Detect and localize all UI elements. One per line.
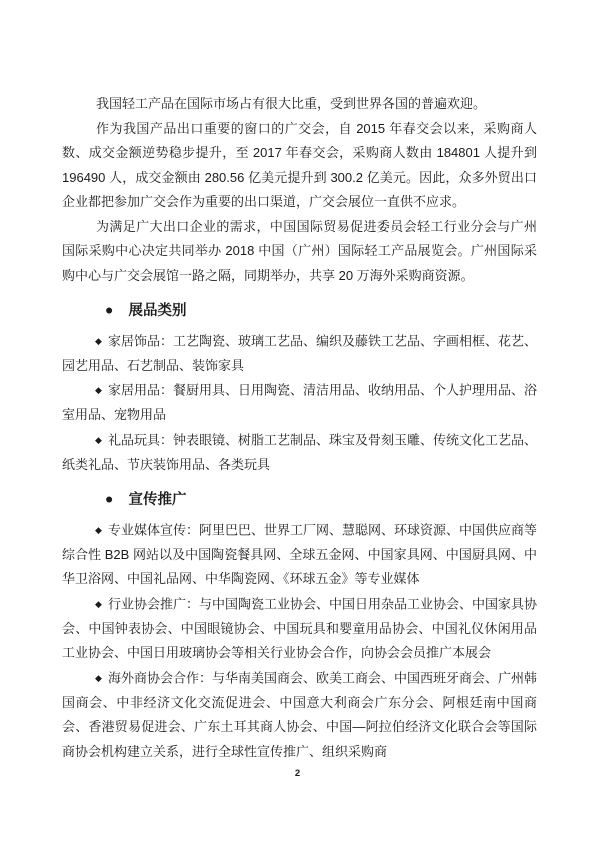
- list-item: ◆家居饰品：工艺陶瓷、玻璃工艺品、编织及藤铁工艺品、字画相框、花艺、园艺用品、石…: [62, 329, 537, 379]
- list-item-text: 专业媒体宣传：阿里巴巴、世界工厂网、慧聪网、环球资源、中国供应商等综合性 B2B…: [62, 522, 537, 586]
- list-item: ◆礼品玩具：钟表眼镜、树脂工艺制品、珠宝及骨刻玉雕、传统文化工艺品、纸类礼品、节…: [62, 428, 537, 478]
- diamond-bullet-icon: ◆: [95, 435, 102, 445]
- diamond-bullet-icon: ◆: [95, 599, 102, 609]
- list-item-text: 家居用品：餐厨用具、日用陶瓷、清洁用品、收纳用品、个人护理用品、浴室用品、宠物用…: [62, 383, 537, 423]
- list-item-text: 海外商协会合作：与华南美国商会、欧美工商会、中国西班牙商会、广州韩国商会、中非经…: [62, 670, 537, 759]
- list-item: ◆家居用品：餐厨用具、日用陶瓷、清洁用品、收纳用品、个人护理用品、浴室用品、宠物…: [62, 378, 537, 428]
- document-body: 我国轻工产品在国际市场占有很大比重，受到世界各国的普遍欢迎。 作为我国产品出口重…: [62, 92, 537, 764]
- section-heading-exhibit-categories: ●展品类别: [62, 298, 537, 324]
- list-item-text: 家居饰品：工艺陶瓷、玻璃工艺品、编织及藤铁工艺品、字画相框、花艺、园艺用品、石艺…: [62, 333, 537, 373]
- list-item: ◆海外商协会合作：与华南美国商会、欧美工商会、中国西班牙商会、广州韩国商会、中非…: [62, 666, 537, 765]
- diamond-bullet-icon: ◆: [95, 336, 102, 346]
- section-heading-label: 展品类别: [128, 303, 186, 319]
- body-paragraph: 我国轻工产品在国际市场占有很大比重，受到世界各国的普遍欢迎。: [62, 92, 537, 117]
- page-number: 2: [0, 768, 595, 779]
- list-item-text: 礼品玩具：钟表眼镜、树脂工艺制品、珠宝及骨刻玉雕、传统文化工艺品、纸类礼品、节庆…: [62, 432, 537, 472]
- diamond-bullet-icon: ◆: [95, 385, 102, 395]
- list-item-text: 行业协会推广：与中国陶瓷工业协会、中国日用杂品工业协会、中国家具协会、中国钟表协…: [62, 596, 537, 660]
- body-paragraph: 作为我国产品出口重要的窗口的广交会，自 2015 年春交会以来，采购商人数、成交…: [62, 117, 537, 215]
- section-heading-promotion: ●宣传推广: [62, 487, 537, 513]
- heading-bullet-icon: ●: [105, 487, 113, 512]
- section-heading-label: 宣传推广: [128, 492, 186, 508]
- document-page: 我国轻工产品在国际市场占有很大比重，受到世界各国的普遍欢迎。 作为我国产品出口重…: [0, 0, 595, 841]
- list-item: ◆专业媒体宣传：阿里巴巴、世界工厂网、慧聪网、环球资源、中国供应商等综合性 B2…: [62, 518, 537, 592]
- body-paragraph: 为满足广大出口企业的需求，中国国际贸易促进委员会轻工行业分会与广州国际采购中心决…: [62, 215, 537, 289]
- heading-bullet-icon: ●: [105, 298, 113, 323]
- list-item: ◆行业协会推广：与中国陶瓷工业协会、中国日用杂品工业协会、中国家具协会、中国钟表…: [62, 592, 537, 666]
- diamond-bullet-icon: ◆: [95, 525, 102, 535]
- diamond-bullet-icon: ◆: [95, 673, 102, 683]
